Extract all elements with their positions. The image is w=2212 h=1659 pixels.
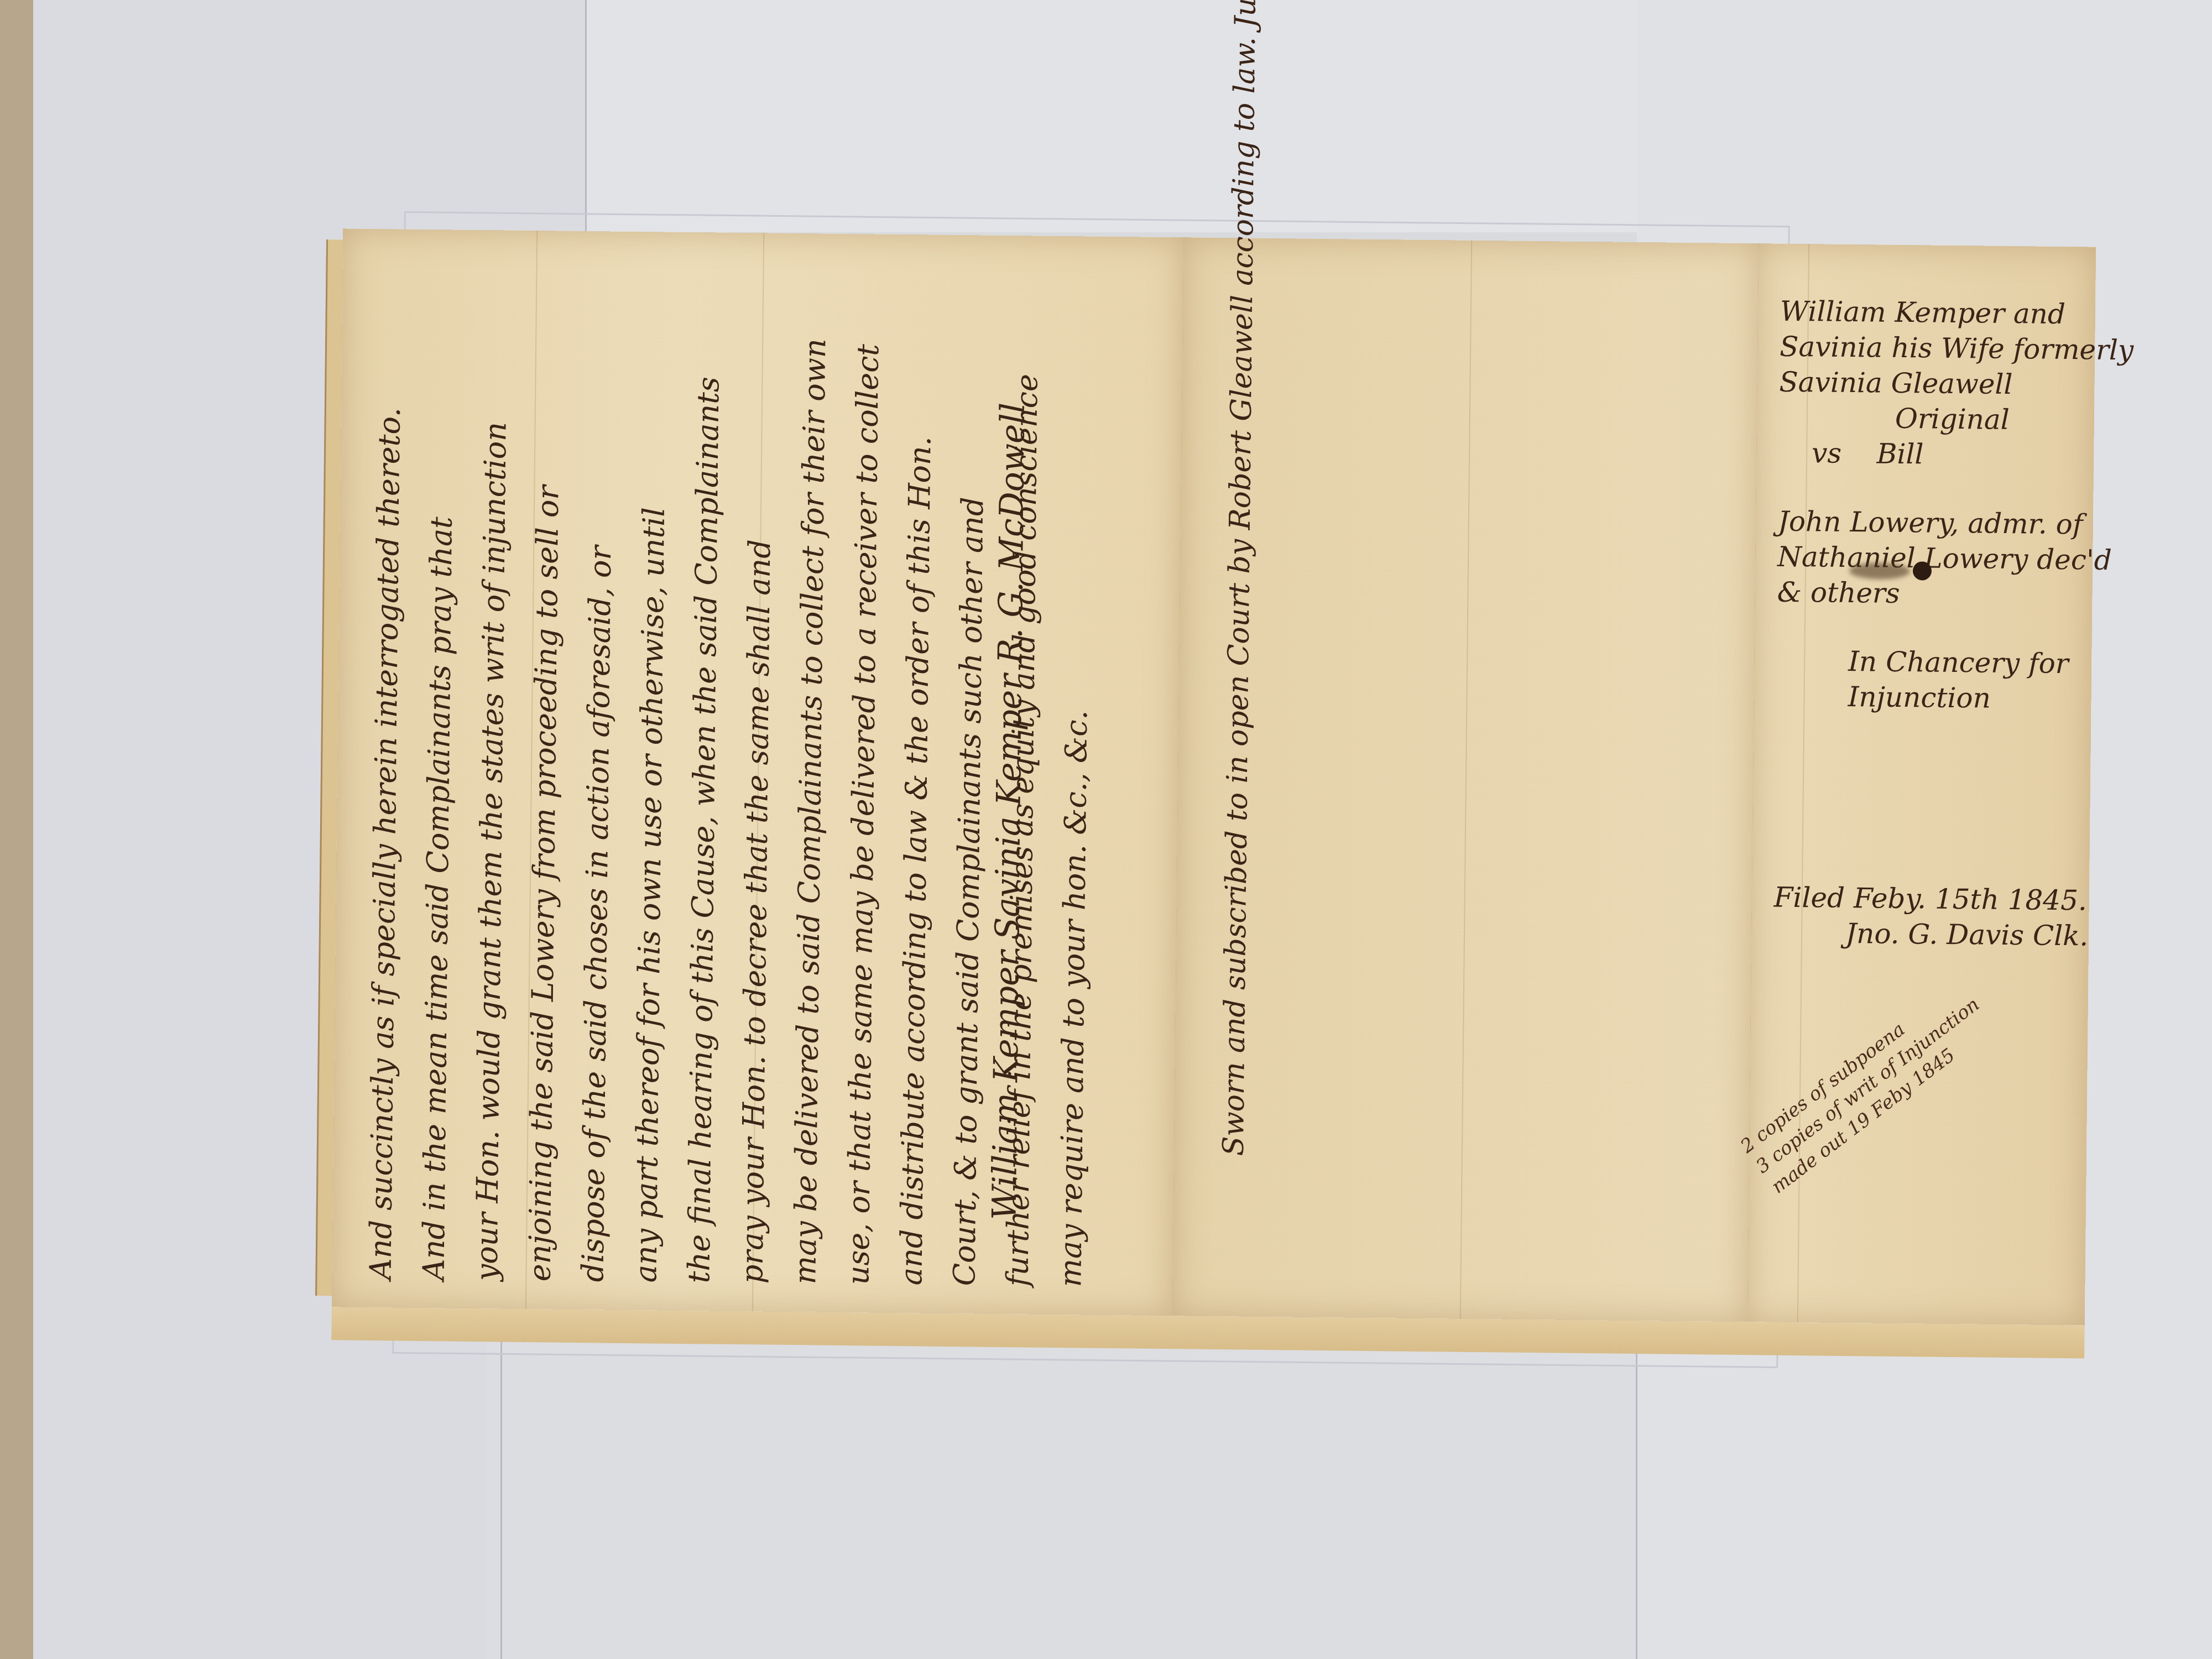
table-edge <box>0 0 33 1659</box>
middle-page: Sworn and subscribed to in open Court by… <box>1172 237 1761 1322</box>
signature-complainant-1: William Kemper <box>985 950 1027 1220</box>
docket-vs-bill: vs Bill <box>1778 435 2089 474</box>
jurat-line: Sworn and subscribed to in open Court by… <box>1217 295 1259 1156</box>
fold-line <box>1460 241 1472 1319</box>
mat-board <box>487 1338 1637 1659</box>
docket-original-label: Original <box>1779 400 2089 439</box>
docket-endorsement: William Kemper and Savinia his Wife form… <box>1773 294 2090 954</box>
text-line: may require and to your hon. &c., &c. <box>1044 269 1108 1287</box>
left-page: And succinctly as if specially herein in… <box>332 228 1185 1316</box>
board-seam <box>1636 1349 1637 1659</box>
signature-complainant-2: Savinia Kemper <box>988 674 1030 941</box>
docket-defendant-line: & others <box>1777 575 2087 613</box>
docket-plaintiff-line: William Kemper and <box>1780 294 2090 332</box>
docket-defendant-line: Nathaniel Lowery dec'd <box>1777 539 2088 578</box>
docket-plaintiff-line: Savinia his Wife formerly <box>1780 329 2090 368</box>
docket-filed-date: Filed Feby. 15th 1845. <box>1773 880 2084 919</box>
board-seam <box>500 1338 502 1659</box>
docket-nature: In Chancery for <box>1776 643 2086 682</box>
docket-defendant-line: John Lowery, admr. of <box>1778 504 2088 542</box>
signature-block: William Kemper Savinia Kemper R. G. McDo… <box>974 280 1045 1220</box>
signature-solicitor: R. G. McDowell <box>991 403 1032 664</box>
board-seam <box>585 0 587 232</box>
manuscript-document: And succinctly as if specially herein in… <box>332 228 2096 1325</box>
jurat-line: according to law. July 11. 1845. <box>1226 0 1264 286</box>
ink-blot <box>1913 561 1932 580</box>
docket-plaintiff-line: Savinia Gleawell <box>1779 364 2089 403</box>
docket-clerk-signature: Jno. G. Davis Clk. <box>1773 915 2084 954</box>
docket-nature: Injunction <box>1776 679 2086 717</box>
jurat-text: Sworn and subscribed to in open Court by… <box>1207 271 1270 1156</box>
